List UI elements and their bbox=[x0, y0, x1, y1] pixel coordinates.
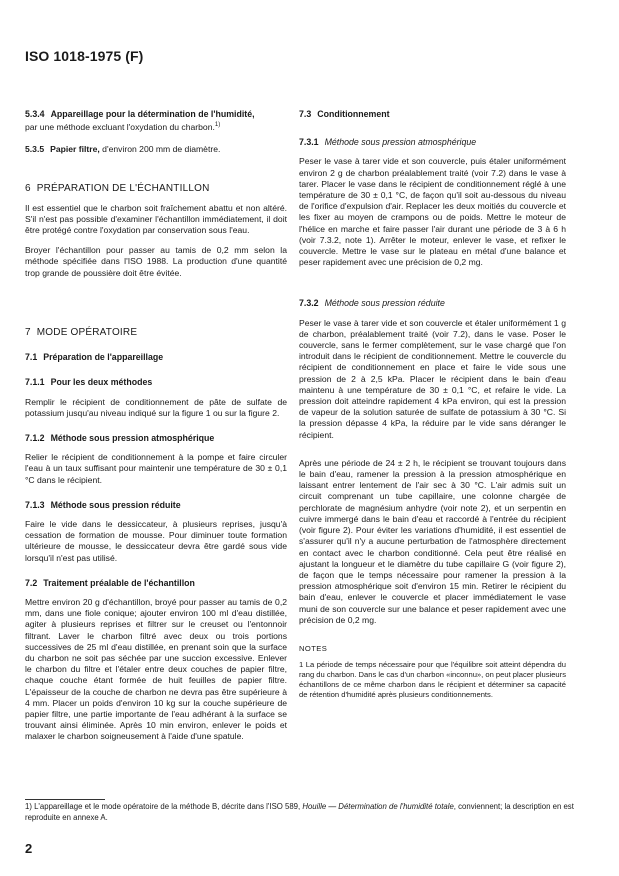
paragraph: Mettre environ 20 g d'échantillon, broyé… bbox=[25, 597, 287, 743]
section-number: 7.1 bbox=[25, 352, 37, 362]
section-7-1-heading: 7.1Préparation de l'appareillage bbox=[25, 352, 287, 363]
section-number: 7.1.2 bbox=[25, 433, 45, 443]
section-title: Papier filtre, bbox=[50, 144, 100, 154]
footnote-divider bbox=[25, 799, 105, 800]
section-number: 5.3.5 bbox=[25, 144, 44, 154]
section-heading: 7.3.2Méthode sous pression réduite bbox=[299, 298, 566, 309]
section-7-heading: 7MODE OPÉRATOIRE bbox=[25, 327, 287, 338]
section-heading: 7.1.2Méthode sous pression atmosphérique bbox=[25, 433, 287, 444]
section-heading: 6PRÉPARATION DE L'ÉCHANTILLON bbox=[25, 183, 287, 194]
notes: NOTES 1 La période de temps nécessaire p… bbox=[299, 643, 566, 699]
paragraph: Il est essentiel que le charbon soit fra… bbox=[25, 203, 287, 237]
section-number: 7 bbox=[25, 327, 31, 338]
paragraph: Faire le vide dans le dessiccateur, à pl… bbox=[25, 519, 287, 564]
section-number: 7.1.1 bbox=[25, 377, 45, 387]
footnote-cited-title: Houille — Détermination de l'humidité to… bbox=[302, 802, 453, 811]
section-title: PRÉPARATION DE L'ÉCHANTILLON bbox=[37, 183, 210, 194]
section-title: MODE OPÉRATOIRE bbox=[37, 327, 137, 338]
section-5-3-5: 5.3.5Papier filtre, d'environ 200 mm de … bbox=[25, 144, 287, 155]
document-header: ISO 1018-1975 (F) bbox=[25, 48, 143, 64]
footnote-text: 1) L'appareillage et le mode opératoire … bbox=[25, 802, 302, 811]
section-heading: 7.1.1Pour les deux méthodes bbox=[25, 377, 287, 388]
section-title: Conditionnement bbox=[317, 109, 389, 119]
section-7-3-heading: 7.3Conditionnement bbox=[299, 109, 566, 120]
section-number: 7.1.3 bbox=[25, 500, 45, 510]
section-title: Préparation de l'appareillage bbox=[43, 352, 163, 362]
right-column: 7.3Conditionnement 7.3.1Méthode sous pre… bbox=[299, 109, 566, 699]
section-7-2: 7.2Traitement préalable de l'échantillon… bbox=[25, 578, 287, 743]
paragraph: Peser le vase à tarer vide et son couver… bbox=[299, 156, 566, 268]
section-heading: 7.1.3Méthode sous pression réduite bbox=[25, 500, 287, 511]
section-title: Traitement préalable de l'échantillon bbox=[43, 578, 195, 588]
section-heading: 7.2Traitement préalable de l'échantillon bbox=[25, 578, 287, 589]
section-text: d'environ 200 mm de diamètre. bbox=[100, 144, 221, 154]
section-5-3-4: 5.3.4Appareillage pour la détermination … bbox=[25, 109, 287, 133]
section-title: Méthode sous pression atmosphérique bbox=[325, 137, 477, 147]
section-7-1-3: 7.1.3Méthode sous pression réduite Faire… bbox=[25, 500, 287, 564]
paragraph: Broyer l'échantillon pour passer au tami… bbox=[25, 245, 287, 279]
section-heading: 7.3.1Méthode sous pression atmosphérique bbox=[299, 137, 566, 148]
paragraph: Après une période de 24 ± 2 h, le récipi… bbox=[299, 458, 566, 626]
section-title: Appareillage pour la détermination de l'… bbox=[51, 109, 255, 119]
paragraph: Relier le récipient de conditionnement à… bbox=[25, 452, 287, 486]
section-number: 5.3.4 bbox=[25, 109, 45, 119]
section-7-3-1: 7.3.1Méthode sous pression atmosphérique… bbox=[299, 137, 566, 268]
section-number: 7.3 bbox=[299, 109, 311, 119]
section-text: par une méthode excluant l'oxydation du … bbox=[25, 122, 215, 132]
paragraph: Remplir le récipient de conditionnement … bbox=[25, 397, 287, 419]
page-number: 2 bbox=[25, 841, 32, 856]
section-number: 7.3.2 bbox=[299, 298, 319, 308]
paragraph: Peser le vase à tarer vide et son couver… bbox=[299, 318, 566, 441]
footnote: 1) L'appareillage et le mode opératoire … bbox=[25, 802, 591, 823]
section-6: 6PRÉPARATION DE L'ÉCHANTILLON Il est ess… bbox=[25, 183, 287, 278]
left-column: 5.3.4Appareillage pour la détermination … bbox=[25, 109, 287, 743]
section-7-1-2: 7.1.2Méthode sous pression atmosphérique… bbox=[25, 433, 287, 486]
section-title: Méthode sous pression atmosphérique bbox=[51, 433, 215, 443]
section-7-3-2: 7.3.2Méthode sous pression réduite Peser… bbox=[299, 298, 566, 625]
section-number: 7.2 bbox=[25, 578, 37, 588]
footnote-ref[interactable]: 1) bbox=[215, 122, 220, 128]
section-number: 7.3.1 bbox=[299, 137, 319, 147]
section-title: Méthode sous pression réduite bbox=[325, 298, 445, 308]
notes-label: NOTES bbox=[299, 643, 566, 654]
section-heading: 5.3.4Appareillage pour la détermination … bbox=[25, 109, 287, 120]
section-title: Méthode sous pression réduite bbox=[51, 500, 181, 510]
section-title: Pour les deux méthodes bbox=[51, 377, 153, 387]
section-number: 6 bbox=[25, 183, 31, 194]
note-1: 1 La période de temps nécessaire pour qu… bbox=[299, 660, 566, 699]
section-7-1-1: 7.1.1Pour les deux méthodes Remplir le r… bbox=[25, 377, 287, 419]
